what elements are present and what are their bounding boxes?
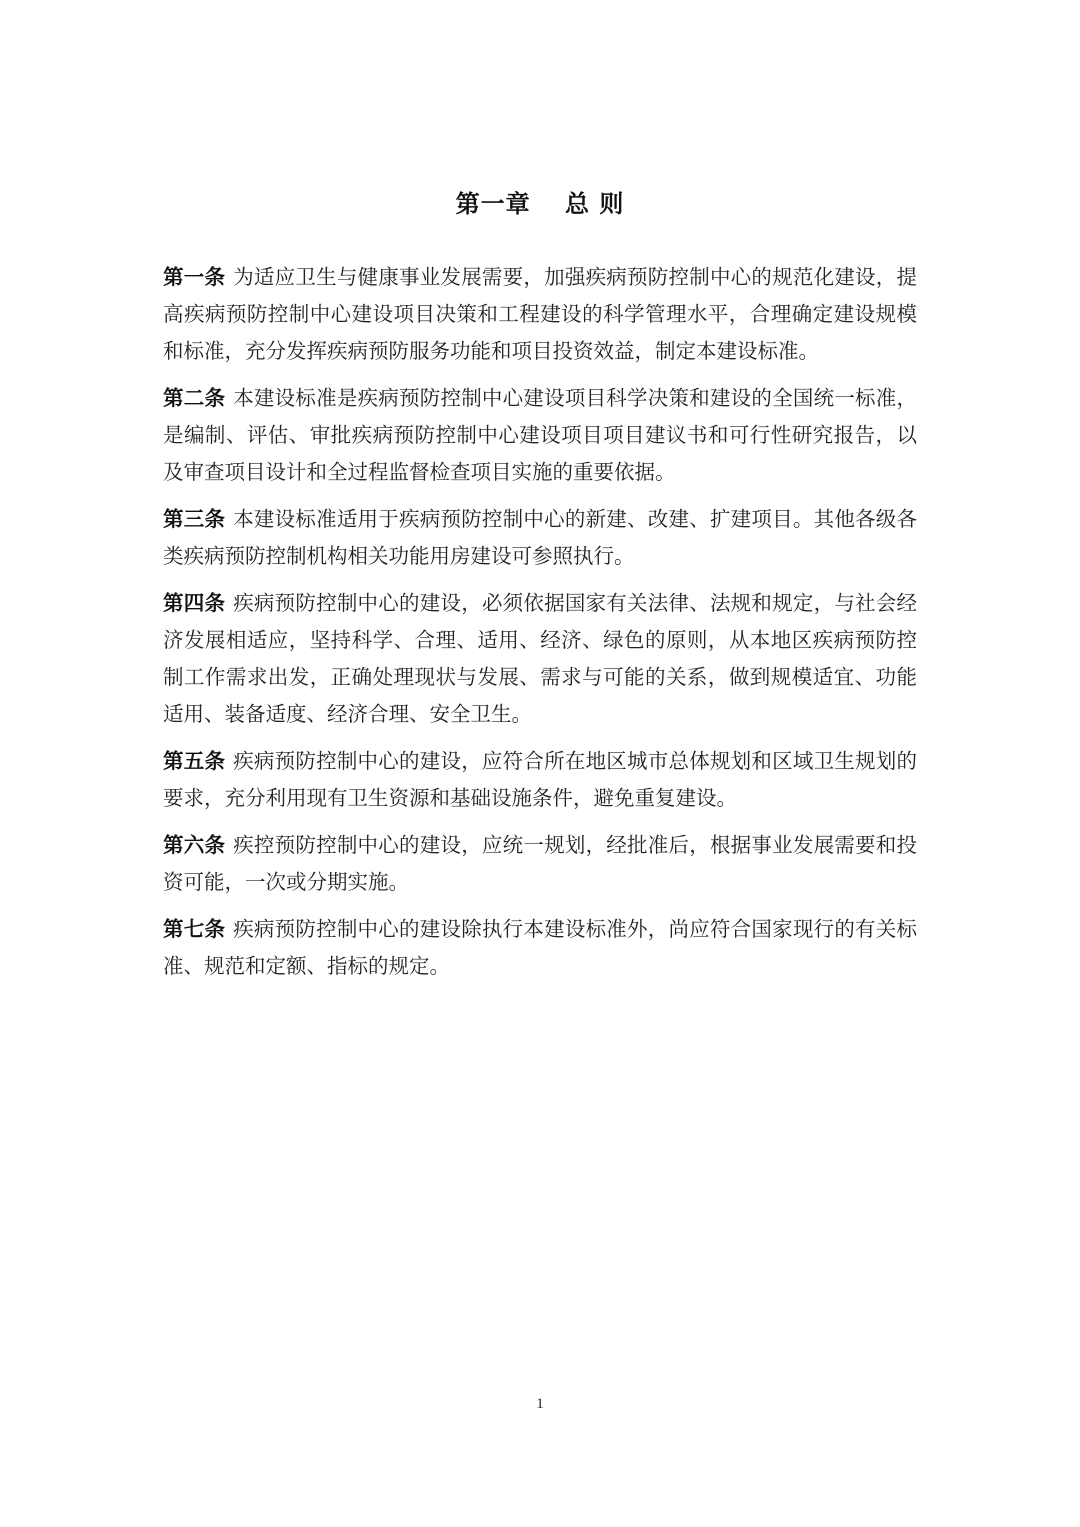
article-text: 疾病预防控制中心的建设，必须依据国家有关法律、法规和规定，与社会经济发展相适应，…	[163, 591, 917, 726]
article-text: 疾病预防控制中心的建设除执行本建设标准外，尚应符合国家现行的有关标准、规范和定额…	[163, 917, 917, 978]
article-label: 第六条	[163, 833, 225, 857]
document-page: 第一章 总 则 第一条为适应卫生与健康事业发展需要，加强疾病预防控制中心的规范化…	[0, 0, 1080, 1527]
article-2: 第二条本建设标准是疾病预防控制中心建设项目科学决策和建设的全国统一标准，是编制、…	[163, 380, 917, 491]
article-text: 疾控预防控制中心的建设，应统一规划，经批准后，根据事业发展需要和投资可能，一次或…	[163, 833, 917, 894]
articles-list: 第一条为适应卫生与健康事业发展需要，加强疾病预防控制中心的规范化建设，提高疾病预…	[163, 259, 917, 995]
article-text: 本建设标准是疾病预防控制中心建设项目科学决策和建设的全国统一标准，是编制、评估、…	[163, 386, 917, 484]
article-label: 第四条	[163, 591, 225, 615]
article-1: 第一条为适应卫生与健康事业发展需要，加强疾病预防控制中心的规范化建设，提高疾病预…	[163, 259, 917, 370]
article-5: 第五条疾病预防控制中心的建设，应符合所在地区城市总体规划和区域卫生规划的要求，充…	[163, 743, 917, 817]
article-6: 第六条疾控预防控制中心的建设，应统一规划，经批准后，根据事业发展需要和投资可能，…	[163, 827, 917, 901]
page-number: 1	[0, 1396, 1080, 1413]
article-text: 疾病预防控制中心的建设，应符合所在地区城市总体规划和区域卫生规划的要求，充分利用…	[163, 749, 917, 810]
article-label: 第一条	[163, 265, 225, 289]
chapter-title: 第一章 总 则	[0, 184, 1080, 219]
article-text: 本建设标准适用于疾病预防控制中心的新建、改建、扩建项目。其他各级各类疾病预防控制…	[163, 507, 917, 568]
article-label: 第二条	[163, 386, 225, 410]
article-label: 第三条	[163, 507, 225, 531]
article-4: 第四条疾病预防控制中心的建设，必须依据国家有关法律、法规和规定，与社会经济发展相…	[163, 585, 917, 733]
article-text: 为适应卫生与健康事业发展需要，加强疾病预防控制中心的规范化建设，提高疾病预防控制…	[163, 265, 917, 363]
article-3: 第三条本建设标准适用于疾病预防控制中心的新建、改建、扩建项目。其他各级各类疾病预…	[163, 501, 917, 575]
article-label: 第五条	[163, 749, 225, 773]
article-7: 第七条疾病预防控制中心的建设除执行本建设标准外，尚应符合国家现行的有关标准、规范…	[163, 911, 917, 985]
article-label: 第七条	[163, 917, 225, 941]
